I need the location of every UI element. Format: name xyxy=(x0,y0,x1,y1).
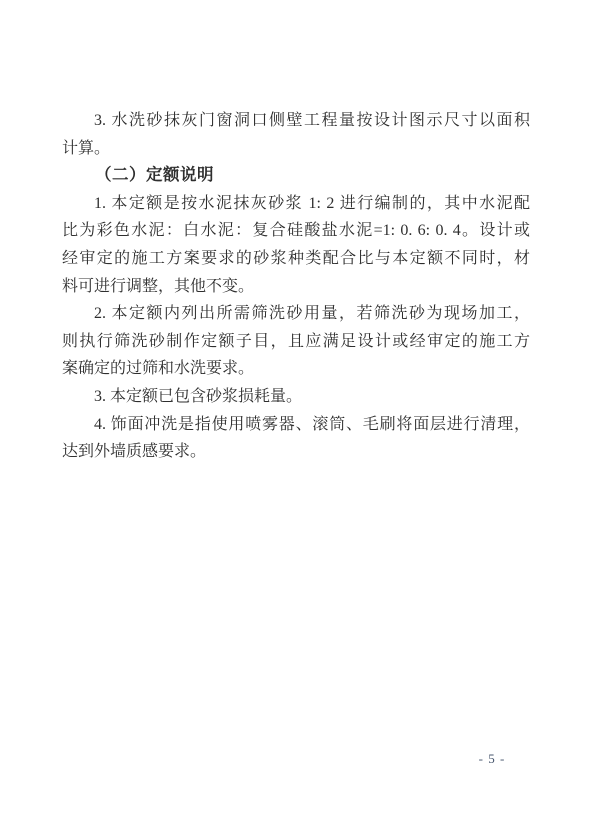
paragraph-line: 案确定的过筛和水洗要求。 xyxy=(62,355,530,383)
paragraph-line: 3. 水洗砂抹灰门窗洞口侧壁工程量按设计图示尺寸以面积 xyxy=(62,107,530,135)
paragraph-line: 比为彩色水泥：白水泥：复合硅酸盐水泥=1: 0. 6: 0. 4。设计或 xyxy=(62,217,530,245)
paragraph-line: 经审定的施工方案要求的砂浆种类配合比与本定额不同时，材 xyxy=(62,245,530,273)
paragraph-line: 2. 本定额内列出所需筛洗砂用量，若筛洗砂为现场加工， xyxy=(62,300,530,328)
paragraph-line: 则执行筛洗砂制作定额子目，且应满足设计或经审定的施工方 xyxy=(62,328,530,356)
paragraph-line: 3. 本定额已包含砂浆损耗量。 xyxy=(62,383,530,411)
page-number: - 5 - xyxy=(462,751,522,767)
section-heading: （二）定额说明 xyxy=(62,162,530,190)
paragraph-line: 4. 饰面冲洗是指使用喷雾器、滚筒、毛刷将面层进行清理， xyxy=(62,411,530,439)
paragraph-line: 料可进行调整，其他不变。 xyxy=(62,273,530,301)
document-text: 3. 水洗砂抹灰门窗洞口侧壁工程量按设计图示尺寸以面积 计算。 （二）定额说明 … xyxy=(62,107,530,466)
paragraph-line: 1. 本定额是按水泥抹灰砂浆 1: 2 进行编制的，其中水泥配 xyxy=(62,190,530,218)
paragraph-line: 计算。 xyxy=(62,135,530,163)
paragraph-line: 达到外墙质感要求。 xyxy=(62,438,530,466)
document-page: 3. 水洗砂抹灰门窗洞口侧壁工程量按设计图示尺寸以面积 计算。 （二）定额说明 … xyxy=(0,0,594,839)
